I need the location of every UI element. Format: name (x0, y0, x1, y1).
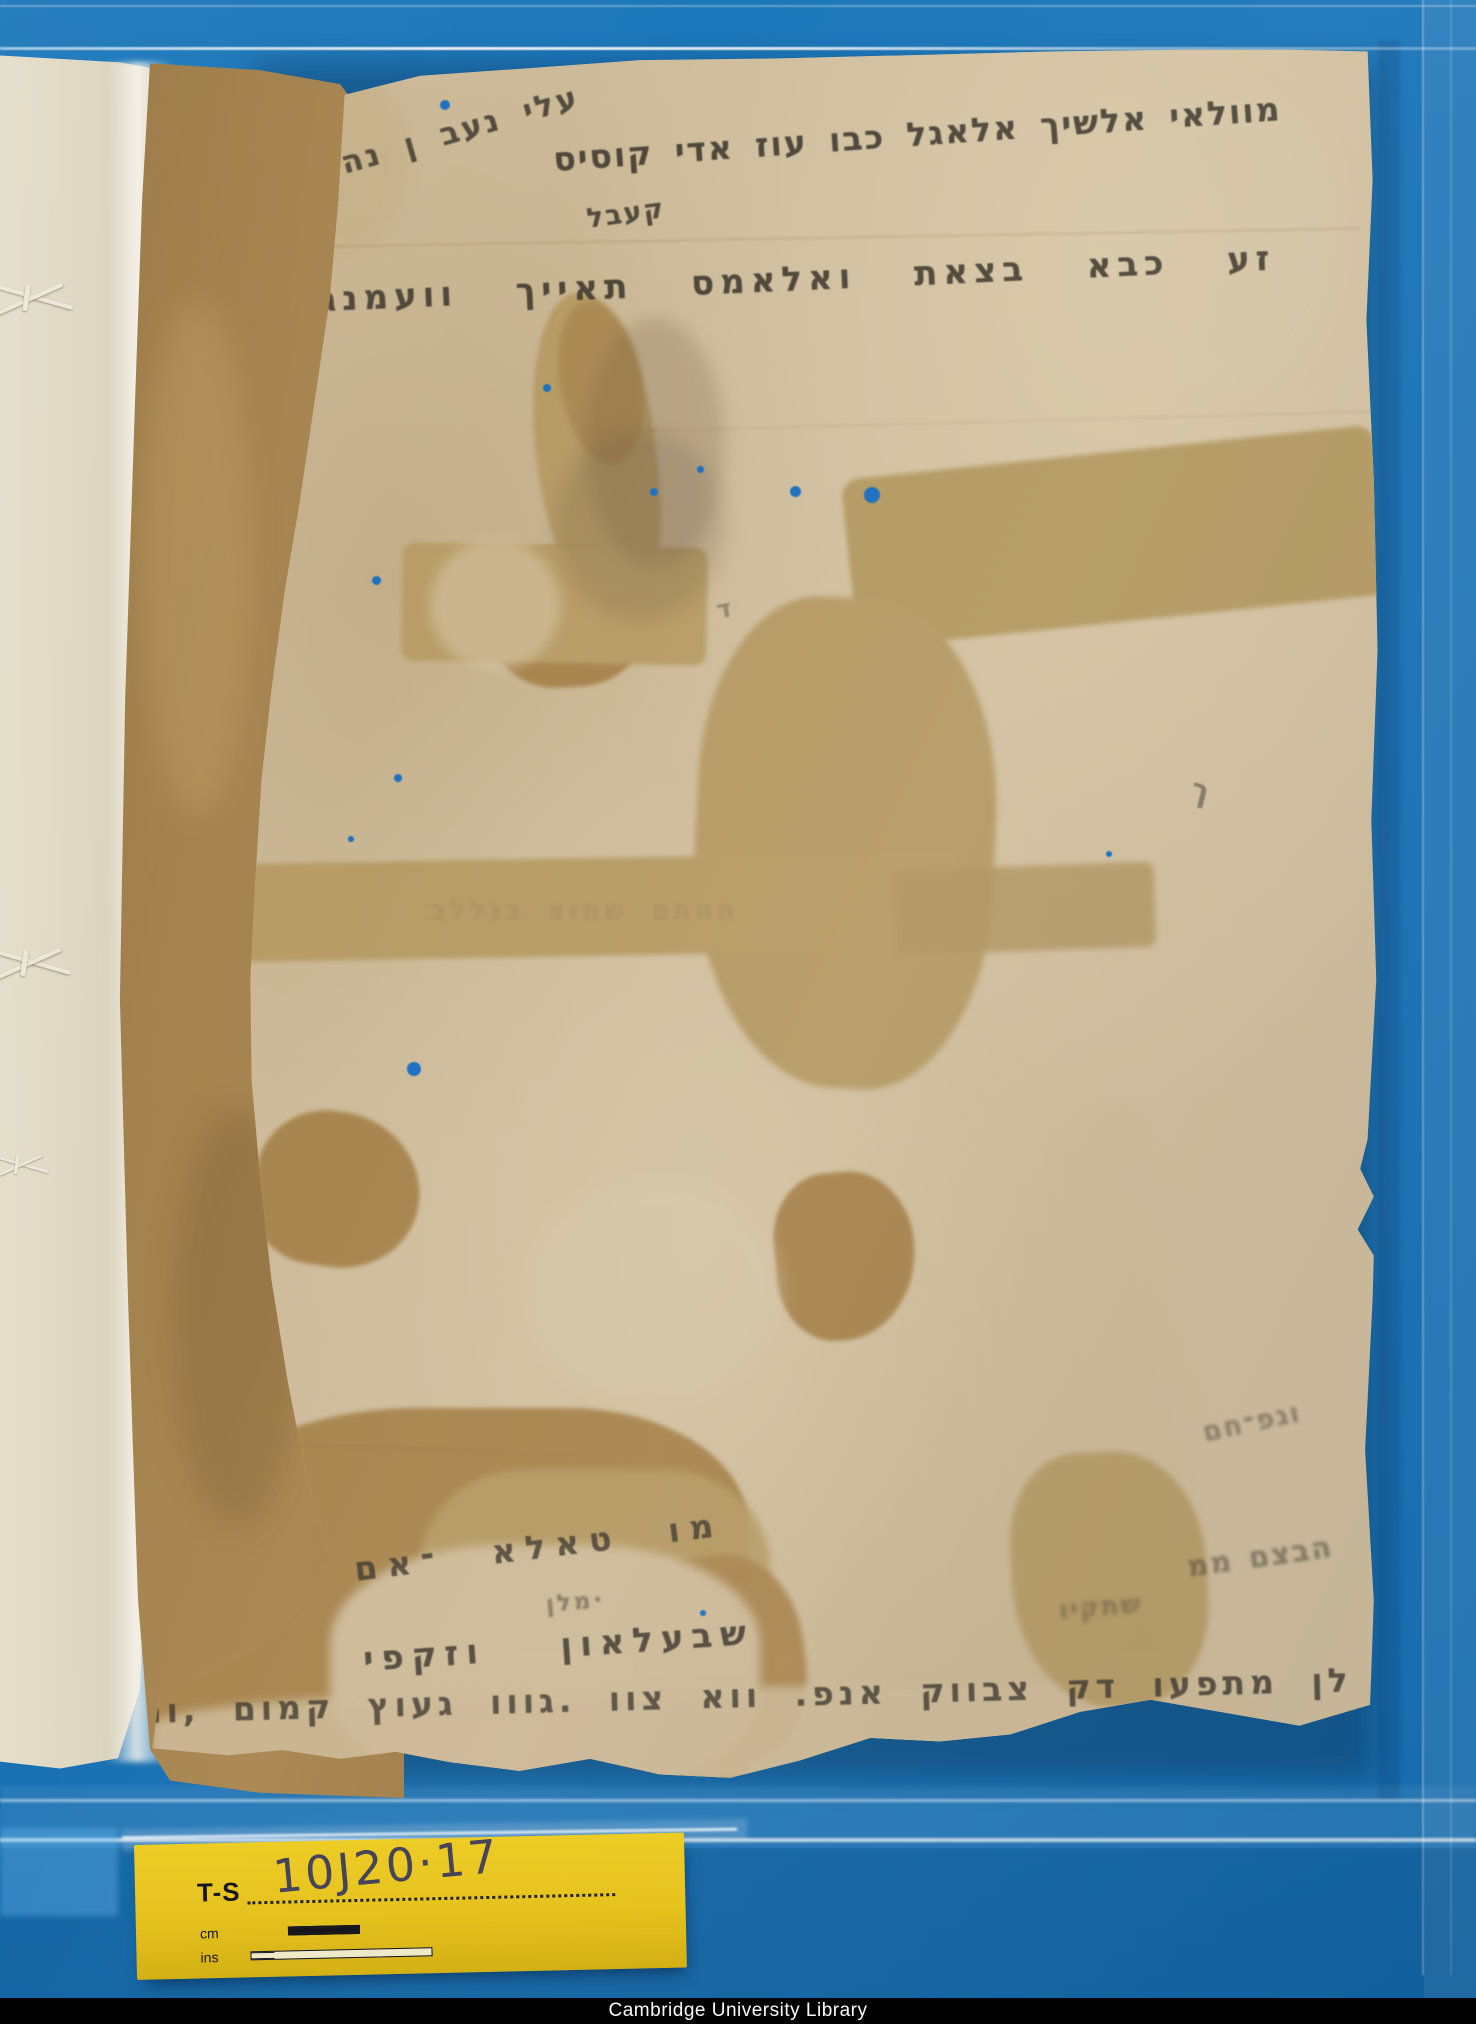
repair-patch (768, 1166, 922, 1346)
repair-patch (682, 590, 1007, 1095)
ins-unit-label: ins (200, 1949, 218, 1965)
thread-tie (0, 255, 78, 347)
repair-patch (430, 540, 560, 670)
ink-dot (864, 487, 880, 503)
handwriting-line: ·מלן (545, 1587, 606, 1618)
crease-line (640, 411, 1380, 432)
handwriting-line: ך (1188, 772, 1213, 810)
ins-bar-extension (250, 1952, 274, 1960)
handwriting-line: החתם שמוצ בגללב (430, 896, 739, 926)
ink-dot (372, 576, 381, 585)
cm-scale-bar (288, 1920, 572, 1935)
sleeve-edge-line-right-2 (1450, 0, 1452, 1975)
ink-dot (1106, 851, 1112, 857)
backdrop-bright-corner (0, 1828, 118, 1916)
ink-dot (407, 1062, 421, 1076)
repair-patch (555, 430, 725, 620)
repair-patch (520, 1180, 780, 1400)
sleeve-highlight-line-top (0, 47, 1476, 50)
repair-patch (245, 1101, 430, 1277)
sleeve-top-edge-line (0, 5, 1476, 7)
ink-dot (790, 486, 801, 497)
repair-patch (841, 425, 1391, 650)
ins-scale-bar (250, 1943, 638, 1961)
classmark-label: T-S 10J20·17 cm ins (134, 1833, 687, 1980)
library-credit: Cambridge University Library (609, 2000, 868, 2022)
ink-dot (697, 466, 704, 473)
thread-tie (0, 1135, 53, 1199)
ins-bar-segment (250, 1947, 432, 1960)
thread-tie (0, 920, 76, 1012)
ink-dot (543, 384, 551, 392)
repair-patch (894, 861, 1157, 955)
handwriting-line: וגפ־חם (1200, 1397, 1304, 1448)
ink-dot (394, 774, 402, 782)
ink-dot (348, 836, 354, 842)
footer-bar: Cambridge University Library (0, 1998, 1476, 2024)
cm-unit-label: cm (200, 1925, 219, 1941)
sleeve-right-shadow (1378, 40, 1400, 1800)
guard-paper-highlight (142, 298, 252, 818)
sleeve-edge-line-right (1422, 0, 1424, 1975)
handwriting-line: הבצם ממ (1185, 1530, 1335, 1584)
ink-dot (440, 100, 450, 110)
handwriting-line: ד (714, 593, 734, 624)
photograph-canvas: מוולאי אלשיך אלאגל כבו עוז אדי קוסיסעלי … (0, 0, 1476, 2024)
label-prefix: T-S (197, 1877, 241, 1909)
ink-dot (650, 488, 658, 496)
sleeve-fold-line-1 (0, 1799, 1476, 1802)
handwriting-line: קעבל (585, 193, 667, 235)
